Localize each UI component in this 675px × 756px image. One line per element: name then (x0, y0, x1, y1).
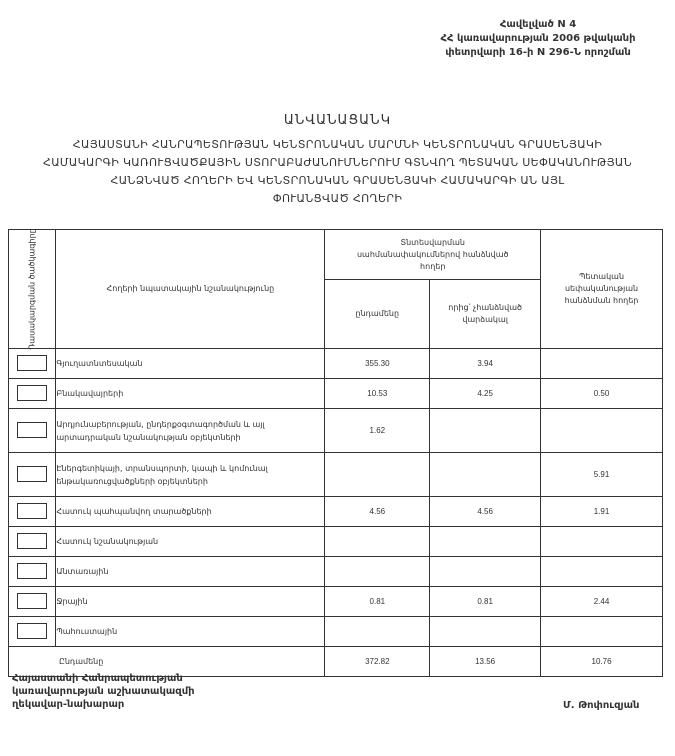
land-category: Պահուստային (56, 617, 325, 647)
document-title: ԱՆՎԱՆԱՑԱՆԿ (0, 113, 675, 128)
table-row: Հատուկ պահպանվող տարածքների4.564.561.91 (9, 497, 663, 527)
value-additional: 5.91 (541, 453, 663, 497)
value-nonbudget: 0.81 (430, 587, 541, 617)
value-additional: 1.91 (541, 497, 663, 527)
table-row: Պահուստային (9, 617, 663, 647)
value-total: 4.56 (325, 497, 430, 527)
code-cell (9, 453, 56, 497)
document-subtitle: ՀԱՅԱՍՏԱՆԻ ՀԱՆՐԱՊԵՏՈՒԹՅԱՆ ԿԵՆՏՐՈՆԱԿԱՆ ՄԱՐ… (20, 136, 655, 208)
code-cell (9, 557, 56, 587)
land-category: Անտառային (56, 557, 325, 587)
value-total: 355.30 (325, 349, 430, 379)
value-total (325, 453, 430, 497)
land-report-table: Դասակարգման ծածկագիրը Հողերի նպատակային … (8, 229, 663, 677)
value-additional (541, 349, 663, 379)
code-box (17, 563, 47, 579)
value-total (325, 527, 430, 557)
value-total (325, 557, 430, 587)
value-additional (541, 557, 663, 587)
value-nonbudget: 4.25 (430, 379, 541, 409)
header-code: Դասակարգման ծածկագիրը (9, 230, 56, 349)
code-box (17, 355, 47, 371)
header-name: Հողերի նպատակային նշանակությունը (56, 230, 325, 349)
table-row: Անտառային (9, 557, 663, 587)
land-category: Արդյունաբերության, ընդերքօգտագործման և ա… (56, 409, 325, 453)
land-category: Հատուկ նշանակության (56, 527, 325, 557)
code-box (17, 466, 47, 482)
header-group: Տնտեսվարման սահմանափակումներով հանձնված … (325, 230, 541, 280)
code-box (17, 533, 47, 549)
land-category: Բնակավայրերի (56, 379, 325, 409)
value-nonbudget (430, 527, 541, 557)
value-additional: 0.50 (541, 379, 663, 409)
header-additional: Պետական սեփականության հանձնման հողեր (541, 230, 663, 349)
footer-position: Հայաստանի Հանրապետության կառավարության ա… (12, 672, 195, 711)
value-nonbudget (430, 409, 541, 453)
subtitle-line-3: ՀԱՆՁՆՎԱԾ ՀՈՂԵՐԻ ԵՎ ԿԵՆՏՐՈՆԱԿԱՆ ԳՐԱՍԵՆՅԱԿ… (20, 172, 655, 190)
code-box (17, 422, 47, 438)
value-total: 1.62 (325, 409, 430, 453)
code-cell (9, 527, 56, 557)
code-cell (9, 497, 56, 527)
annex-line-2: ՀՀ կառավարության 2006 թվականի (423, 32, 653, 46)
value-total: 10.53 (325, 379, 430, 409)
annex-note: Հավելված N 4 ՀՀ կառավարության 2006 թվակա… (423, 18, 653, 60)
code-cell (9, 379, 56, 409)
header-total: ընդամենը (325, 280, 430, 349)
land-category: Գյուղատնտեսական (56, 349, 325, 379)
code-cell (9, 409, 56, 453)
code-box (17, 623, 47, 639)
value-nonbudget (430, 617, 541, 647)
header-nonbudget: որից՝ չհանձնված վարձակալ (430, 280, 541, 349)
code-box (17, 593, 47, 609)
table-row: Հատուկ նշանակության (9, 527, 663, 557)
subtitle-line-4: ՓՈՒԱՆՑՎԱԾ ՀՈՂԵՐԻ (20, 190, 655, 208)
value-nonbudget (430, 557, 541, 587)
table-row: Ջրային0.810.812.44 (9, 587, 663, 617)
total-additional: 10.76 (541, 647, 663, 677)
value-nonbudget (430, 453, 541, 497)
value-nonbudget: 4.56 (430, 497, 541, 527)
code-box (17, 503, 47, 519)
annex-line-3: փետրվարի 16-ի N 296-Ն որոշման (423, 46, 653, 60)
code-box (17, 385, 47, 401)
annex-line-1: Հավելված N 4 (423, 18, 653, 32)
value-additional: 2.44 (541, 587, 663, 617)
total-value: 372.82 (325, 647, 430, 677)
subtitle-line-1: ՀԱՅԱՍՏԱՆԻ ՀԱՆՐԱՊԵՏՈՒԹՅԱՆ ԿԵՆՏՐՈՆԱԿԱՆ ՄԱՐ… (20, 136, 655, 154)
table-row: Էներգետիկայի, տրանսպորտի, կապի և կոմունա… (9, 453, 663, 497)
signature-name: Մ. Թոփուզյան (563, 700, 639, 711)
land-category: Հատուկ պահպանվող տարածքների (56, 497, 325, 527)
table-row: Արդյունաբերության, ընդերքօգտագործման և ա… (9, 409, 663, 453)
land-category: Էներգետիկայի, տրանսպորտի, կապի և կոմունա… (56, 453, 325, 497)
land-category: Ջրային (56, 587, 325, 617)
code-cell (9, 617, 56, 647)
value-additional (541, 527, 663, 557)
subtitle-line-2: ՀԱՄԱԿԱՐԳԻ ԿԱՌՈՒՑՎԱԾՔԱՅԻՆ ՍՏՈՐԱԲԱԺԱՆՈՒՄՆԵ… (20, 154, 655, 172)
value-total: 0.81 (325, 587, 430, 617)
value-nonbudget: 3.94 (430, 349, 541, 379)
table-row: Գյուղատնտեսական355.303.94 (9, 349, 663, 379)
value-additional (541, 617, 663, 647)
code-cell (9, 587, 56, 617)
table-row: Բնակավայրերի10.534.250.50 (9, 379, 663, 409)
total-nonbudget: 13.56 (430, 647, 541, 677)
code-cell (9, 349, 56, 379)
value-total (325, 617, 430, 647)
value-additional (541, 409, 663, 453)
